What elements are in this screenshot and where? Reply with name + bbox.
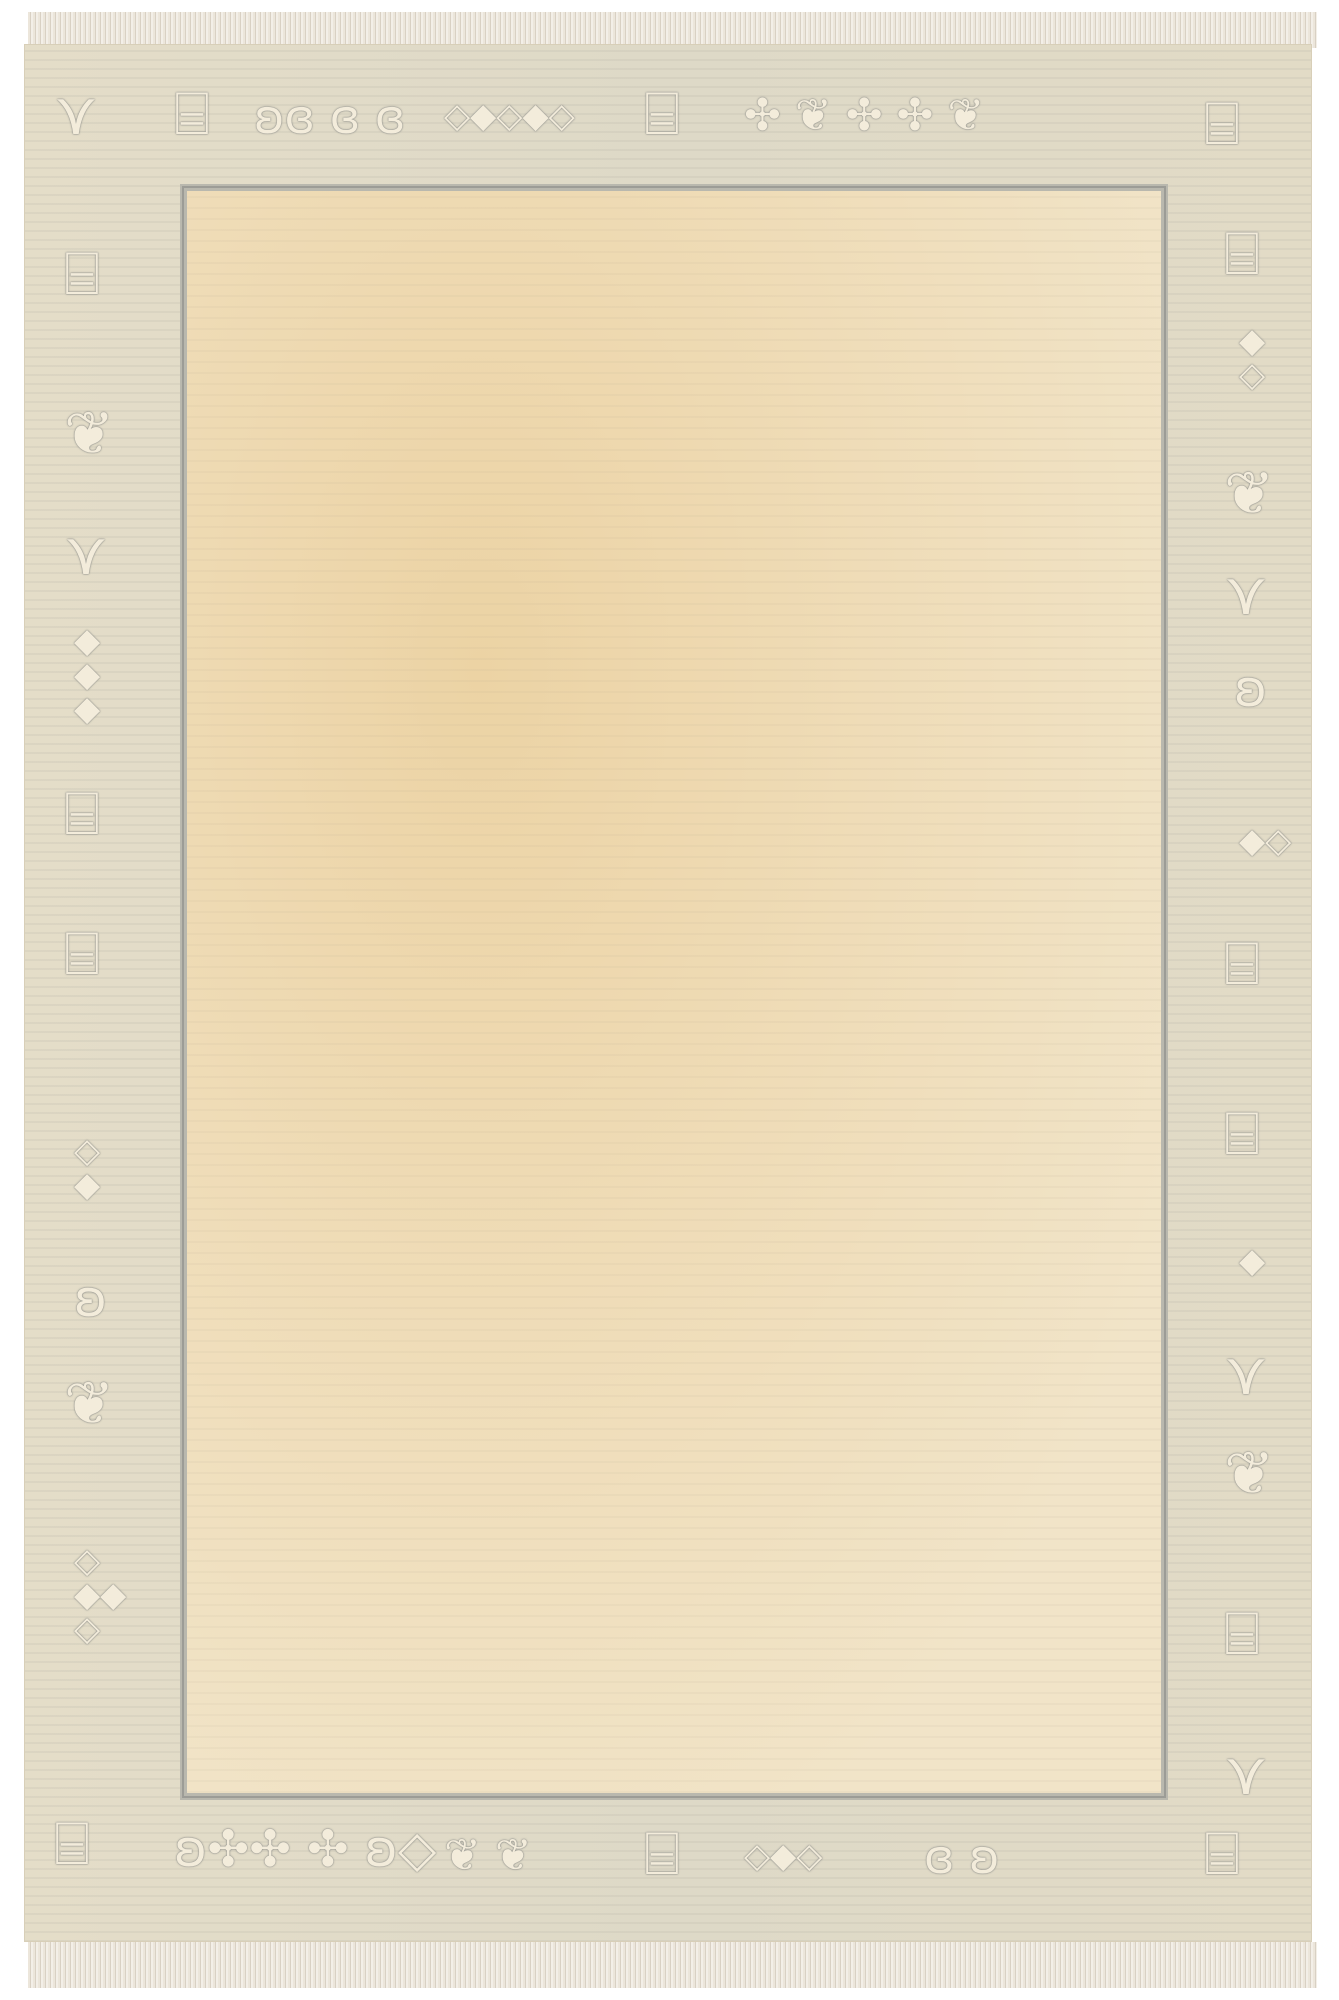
palmette-motif: ❦ [1224,464,1274,524]
palmette-motif: ❦ [64,1374,114,1434]
key-fret-motif: ⌸ [64,784,100,844]
diamond-motif: ◇◆ [74,1134,100,1202]
rug: ⌸ ʚɞ ɞ ɞ ◇◆◇◆◇ ⌸ ✣ ❦ ✣ ✣ ❦ ⌸ ⋎ ⌸ ❦ ⋎ ◆◆◆… [24,44,1312,1942]
scroll-motif: ʚ✣✣ ✣ ʚ◇ [174,1824,436,1874]
diamond-motif: ◆◇ [1239,824,1291,858]
key-fret-motif: ⌸ [1204,94,1240,154]
diamond-motif: ◆◇ [1239,324,1265,392]
key-fret-motif: ⌸ [54,1814,90,1874]
key-fret-motif: ⌸ [174,84,210,144]
key-fret-motif: ⌸ [64,244,100,304]
palmette-motif: ❦ [1224,1444,1274,1504]
diamond-motif: ◇◆◇◆◇ [444,99,575,133]
scroll-motif: ʚ [1234,664,1267,714]
top-fringe [28,12,1317,48]
palmette-motif: ❦ [64,404,114,464]
rug-field [180,184,1168,1800]
key-fret-motif: ⌸ [1224,1604,1260,1664]
chevron-motif: ⋎ [1224,1344,1268,1404]
chevron-motif: ⋎ [54,84,98,144]
key-fret-motif: ⌸ [1224,1104,1260,1164]
key-fret-motif: ⌸ [64,924,100,984]
chevron-motif: ⋎ [1224,564,1268,624]
bottom-fringe [28,1942,1317,1988]
diamond-motif: ◆◆◆ [74,624,100,726]
palmette-motif: ✣ ❦ ✣ ✣ ❦ [744,94,984,138]
key-fret-motif: ⌸ [1224,934,1260,994]
chevron-motif: ⋎ [64,524,108,584]
key-fret-motif: ⌸ [644,1824,680,1884]
scroll-motif: ʚɞ ɞ ɞ [254,94,405,140]
diamond-motif: ◇◆◆◇ [74,1544,126,1646]
diamond-motif: ◆ [1239,1244,1265,1278]
key-fret-motif: ⌸ [644,84,680,144]
key-fret-motif: ⌸ [1204,1824,1240,1884]
palmette-motif: ❦ ❦ [444,1834,532,1878]
key-fret-motif: ⌸ [1224,224,1260,284]
diamond-motif: ◇◆◇ [744,1839,822,1873]
chevron-motif: ⋎ [1224,1744,1268,1804]
scroll-motif: ɞ ʚ [924,1834,1000,1880]
scroll-motif: ʚ [74,1274,107,1324]
